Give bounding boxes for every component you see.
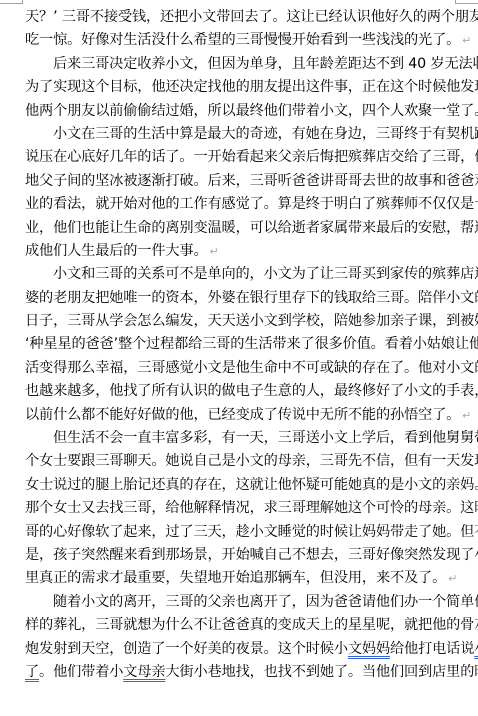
page-corner-mark-right: [455, 0, 478, 4]
text-line[interactable]: ‘种星星的爸爸’整个过程都给三哥的生活带来了很多价值。看着小姑娘让他生: [25, 333, 453, 356]
text-line[interactable]: 女士说过的腿上胎记还真的存在，这就让他怀疑可能她真的是小文的亲妈。改天: [25, 474, 453, 497]
text-line[interactable]: 那个女士又去找三哥，给他解释情况，求三哥理解她这个可怜的母亲。这时，三: [25, 497, 453, 520]
text-segment: 。他们带着小: [39, 664, 123, 680]
text-line[interactable]: 为了实现这个目标，他还决定找他的朋友提出这件事，正在这个时候他发现他其: [25, 76, 453, 99]
text-segment: 吃一惊。好像对生活没什么希望的三哥慢慢开始看到一些浅浅的光了。: [25, 32, 460, 48]
text-line[interactable]: 天？’ 三哥不接受钱，还把小文带回去了。这让已经认识他好久的两个朋友大: [25, 6, 453, 29]
text-segment: 活变得那么幸福，三哥感觉小文是他生命中不可或缺的存在了。他对小文的付出: [25, 360, 478, 376]
text-segment: 后来三哥决定收养小文，但因为单身，且年龄差距达不到 40 岁无法收养她。: [53, 56, 478, 72]
text-segment: 业，他们也能让生命的离别变温暖，可以给逝者家属带来最后的安慰，帮逝者完: [25, 220, 478, 236]
text-segment: 是，孩子突然醒来看到那场景，开始喊自己不想去，三哥好像突然发现了小文心: [25, 547, 478, 563]
text-line[interactable]: 炮发射到天空，创造了一个好美的夜景。这个时候小文妈妈给他打电话说小文丢: [25, 638, 453, 661]
document-page[interactable]: 天？’ 三哥不接受钱，还把小文带回去了。这让已经认识他好久的两个朋友大吃一惊。好…: [25, 6, 453, 684]
text-segment: 小文和三哥的关系可不是单向的，小文为了让三哥买到家传的殡葬店还让外: [53, 266, 478, 282]
text-segment: 他两个朋友以前偷偷结过婚，所以最终他们带着小文，四个人欢聚一堂了。: [25, 103, 478, 119]
text-line[interactable]: 日子，三哥从学会怎么编发，天天送小文到学校，陪她参加亲子课，到被她叫为: [25, 310, 453, 333]
spellcheck-flagged-text[interactable]: 文母亲: [123, 664, 165, 680]
text-line[interactable]: 个女士要跟三哥聊天。她说自己是小文的母亲，三哥先不信，但有一天发现那个: [25, 450, 453, 473]
text-line[interactable]: 婆的老朋友把她唯一的资本，外婆在银行里存下的钱取给三哥。陪伴小文的这些: [25, 287, 453, 310]
text-line[interactable]: 业的看法，就开始对他的工作有感觉了。算是终于明白了殡葬师不仅仅是一份职: [25, 193, 453, 216]
text-line[interactable]: 随着小文的离开，三哥的父亲也离开了，因为爸爸请他们办一个简单但不一: [25, 591, 453, 614]
text-line[interactable]: 以前什么都不能好好做的他，已经变成了传说中无所不能的孙悟空了。↵: [25, 404, 453, 427]
text-segment: 也越来越多，他找了所有认识的做电子生意的人，最终修好了小文的手表，好像: [25, 383, 478, 399]
text-line[interactable]: 是，孩子突然醒来看到那场景，开始喊自己不想去，三哥好像突然发现了小文心: [25, 544, 453, 567]
text-segment: 地父子间的坚冰被逐渐打破。后来，三哥听爸爸讲哥哥去世的故事和爸爸对这行: [25, 173, 478, 189]
paragraph-mark-icon: ↵: [462, 34, 471, 47]
text-line[interactable]: 地父子间的坚冰被逐渐打破。后来，三哥听爸爸讲哥哥去世的故事和爸爸对这行: [25, 170, 453, 193]
text-segment: 炮发射到天空，创造了一个好美的夜景。这个时候小: [25, 641, 348, 657]
text-segment: 个女士要跟三哥聊天。她说自己是小文的母亲，三哥先不信，但有一天发现那个: [25, 453, 478, 469]
text-segment: 成他们人生最后的一件大事。: [25, 243, 208, 259]
text-segment: 为了实现这个目标，他还决定找他的朋友提出这件事，正在这个时候他发现他其: [25, 79, 478, 95]
text-segment: 说压在心底好几年的话了。一开始看起来父亲后悔把殡葬店交给了三哥，但慢慢: [25, 149, 478, 165]
text-line[interactable]: 成他们人生最后的一件大事。↵: [25, 240, 453, 263]
text-segment: 婆的老朋友把她唯一的资本，外婆在银行里存下的钱取给三哥。陪伴小文的这些: [25, 290, 478, 306]
text-line[interactable]: 里真正的需求才最重要，失望地开始追那辆车，但没用，来不及了。↵: [25, 567, 453, 590]
text-segment: 样的葬礼，三哥就想为什么不让爸爸真的变成天上的星星呢，就把他的骨灰用花: [25, 617, 478, 633]
text-segment: 以前什么都不能好好做的他，已经变成了传说中无所不能的孙悟空了。: [25, 407, 460, 423]
text-line[interactable]: 吃一惊。好像对生活没什么希望的三哥慢慢开始看到一些浅浅的光了。↵: [25, 29, 453, 52]
paragraph-mark-icon: ↵: [462, 409, 471, 422]
text-segment: 小文在三哥的生活中算是最大的奇迹，有她在身边，三哥终于有契机跟父亲: [53, 126, 478, 142]
spellcheck-flagged-text[interactable]: 了: [25, 664, 39, 680]
text-line[interactable]: 业，他们也能让生命的离别变温暖，可以给逝者家属带来最后的安慰，帮逝者完: [25, 217, 453, 240]
text-line[interactable]: 小文在三哥的生活中算是最大的奇迹，有她在身边，三哥终于有契机跟父亲: [25, 123, 453, 146]
paragraph-mark-icon: ↵: [210, 245, 219, 258]
text-segment: 里真正的需求才最重要，失望地开始追那辆车，但没用，来不及了。: [25, 570, 446, 586]
text-segment: 日子，三哥从学会怎么编发，天天送小文到学校，陪她参加亲子课，到被她叫为: [25, 313, 478, 329]
paragraph-mark-icon: ↵: [448, 572, 457, 585]
text-line[interactable]: 说压在心底好几年的话了。一开始看起来父亲后悔把殡葬店交给了三哥，但慢慢: [25, 146, 453, 169]
spellcheck-flagged-text[interactable]: 文妈妈: [348, 641, 390, 657]
page-corner-mark-left: [0, 0, 23, 4]
text-line[interactable]: 样的葬礼，三哥就想为什么不让爸爸真的变成天上的星星呢，就把他的骨灰用花: [25, 614, 453, 637]
text-segment: 给他打电话说: [390, 641, 474, 657]
text-line[interactable]: 但生活不会一直丰富多彩，有一天，三哥送小文上学后，看到他舅舅带着一: [25, 427, 453, 450]
text-segment: 女士说过的腿上胎记还真的存在，这就让他怀疑可能她真的是小文的亲妈。改天: [25, 477, 478, 493]
text-line[interactable]: 也越来越多，他找了所有认识的做电子生意的人，最终修好了小文的手表，好像: [25, 380, 453, 403]
text-segment: 大街小巷地找，也找不到她了。当他们回到店里的时候，: [165, 664, 478, 680]
text-segment: 但生活不会一直丰富多彩，有一天，三哥送小文上学后，看到他舅舅带着一: [53, 430, 478, 446]
text-line[interactable]: 了。他们带着小文母亲大街小巷地找，也找不到她了。当他们回到店里的时候，: [25, 661, 453, 684]
text-segment: 天？’ 三哥不接受钱，还把小文带回去了。这让已经认识他好久的两个朋友大: [25, 9, 478, 25]
text-segment: ‘种星星的爸爸’整个过程都给三哥的生活带来了很多价值。看着小姑娘让他生: [25, 336, 478, 352]
text-line[interactable]: 活变得那么幸福，三哥感觉小文是他生命中不可或缺的存在了。他对小文的付出: [25, 357, 453, 380]
text-segment: 业的看法，就开始对他的工作有感觉了。算是终于明白了殡葬师不仅仅是一份职: [25, 196, 478, 212]
text-line[interactable]: 后来三哥决定收养小文，但因为单身，且年龄差距达不到 40 岁无法收养她。: [25, 53, 453, 76]
text-segment: 哥的心好像软了起来，过了三天，趁小文睡觉的时候让妈妈带走了她。但不幸的: [25, 524, 478, 540]
text-line[interactable]: 小文和三哥的关系可不是单向的，小文为了让三哥买到家传的殡葬店还让外: [25, 263, 453, 286]
text-segment: 那个女士又去找三哥，给他解释情况，求三哥理解她这个可怜的母亲。这时，三: [25, 500, 478, 516]
text-segment: 随着小文的离开，三哥的父亲也离开了，因为爸爸请他们办一个简单但不一: [53, 594, 478, 610]
text-line[interactable]: 他两个朋友以前偷偷结过婚，所以最终他们带着小文，四个人欢聚一堂了。↵: [25, 100, 453, 123]
spellcheck-flagged-text[interactable]: 小文丢: [474, 641, 478, 657]
text-line[interactable]: 哥的心好像软了起来，过了三天，趁小文睡觉的时候让妈妈带走了她。但不幸的: [25, 521, 453, 544]
